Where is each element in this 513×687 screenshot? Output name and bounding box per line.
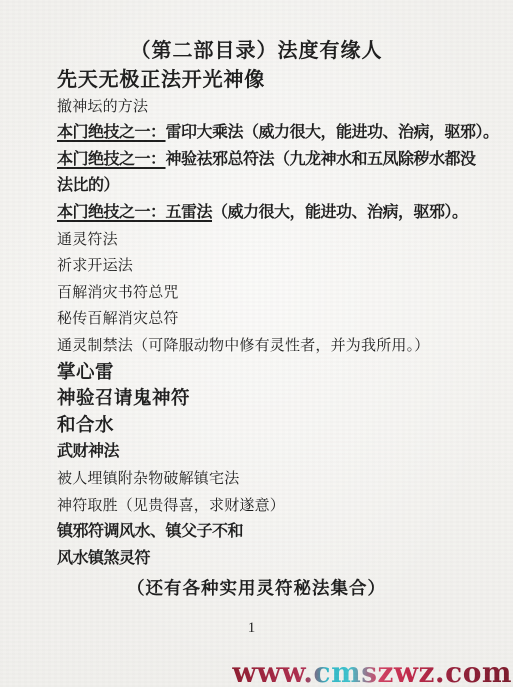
- toc-line: 神符取胜（见贵得喜，求财遂意）: [57, 493, 513, 520]
- line-text: 武财神法: [57, 443, 119, 460]
- toc-line: 通灵符法: [57, 227, 513, 254]
- underlined-phrase: 本门绝技之一：五雷法: [57, 204, 212, 221]
- line-text: 先天无极正法开光神像: [57, 69, 265, 91]
- line-text: 镇邪符调风水、镇父子不和: [57, 523, 243, 540]
- line-text: 掌心雷: [57, 363, 114, 383]
- toc-line: 撤神坛的方法: [57, 94, 513, 121]
- toc-line: 通灵制禁法（可降服动物中修有灵性者，并为我所用。）: [57, 333, 513, 360]
- line-text: 被人埋镇附杂物破解镇宅法: [57, 471, 239, 487]
- line-text: 风水镇煞灵符: [57, 550, 150, 567]
- line-text: 百解消灾书符总咒: [57, 285, 179, 301]
- toc-line: 神验召请鬼神符: [57, 386, 513, 413]
- line-text: 和合水: [57, 416, 114, 436]
- toc-line: 本门绝技之一：雷印大乘法（威力很大，能进功、治病，驱邪）。: [57, 120, 513, 147]
- toc-line: 本门绝技之一：五雷法（威力很大，能进功、治病，驱邪）。: [57, 200, 513, 227]
- toc-line: 风水镇煞灵符: [57, 546, 513, 573]
- line-text: 撤神坛的方法: [57, 99, 148, 115]
- line-text: （威力很大，能进功、治病，驱邪）。: [212, 204, 468, 221]
- line-text: 雷印大乘法（威力很大，能进功、治病，驱邪）。: [166, 124, 499, 141]
- toc-line: 武财神法: [57, 439, 513, 466]
- line-text: 神验祛邪总符法（九龙神水和五凤除秽水都没: [166, 151, 476, 168]
- line-text: 祈求开运法: [57, 258, 133, 274]
- toc-line: 掌心雷: [57, 360, 513, 387]
- closing-note: （还有各种实用灵符秘法集合）: [0, 575, 513, 600]
- toc-line: 和合水: [57, 413, 513, 440]
- line-text: 神验召请鬼神符: [57, 389, 190, 409]
- toc-line: 镇邪符调风水、镇父子不和: [57, 519, 513, 546]
- watermark-url: www.cmszwz.com: [232, 656, 512, 687]
- toc-line: 法比的）: [57, 173, 513, 200]
- line-text: 法比的）: [57, 177, 119, 194]
- toc-line: 本门绝技之一：神验祛邪总符法（九龙神水和五凤除秽水都没: [57, 147, 513, 174]
- toc-list: 先天无极正法开光神像撤神坛的方法本门绝技之一：雷印大乘法（威力很大，能进功、治病…: [57, 67, 513, 572]
- toc-line: 百解消灾书符总咒: [57, 280, 513, 307]
- line-text: 通灵符法: [57, 232, 118, 248]
- toc-line: 秘传百解消灾总符: [57, 306, 513, 333]
- toc-line: 先天无极正法开光神像: [57, 67, 513, 94]
- page-number: 1: [0, 620, 503, 637]
- line-text: 神符取胜（见贵得喜，求财遂意）: [57, 498, 285, 514]
- page-title: （第二部目录）法度有缘人: [0, 0, 513, 63]
- toc-line: 祈求开运法: [57, 253, 513, 280]
- underlined-phrase: 本门绝技之一：: [57, 151, 166, 168]
- scanned-page: （第二部目录）法度有缘人 先天无极正法开光神像撤神坛的方法本门绝技之一：雷印大乘…: [0, 0, 513, 687]
- underlined-phrase: 本门绝技之一：: [57, 124, 166, 141]
- line-text: 通灵制禁法（可降服动物中修有灵性者，并为我所用。）: [57, 338, 430, 354]
- line-text: 秘传百解消灾总符: [57, 311, 179, 327]
- toc-line: 被人埋镇附杂物破解镇宅法: [57, 466, 513, 493]
